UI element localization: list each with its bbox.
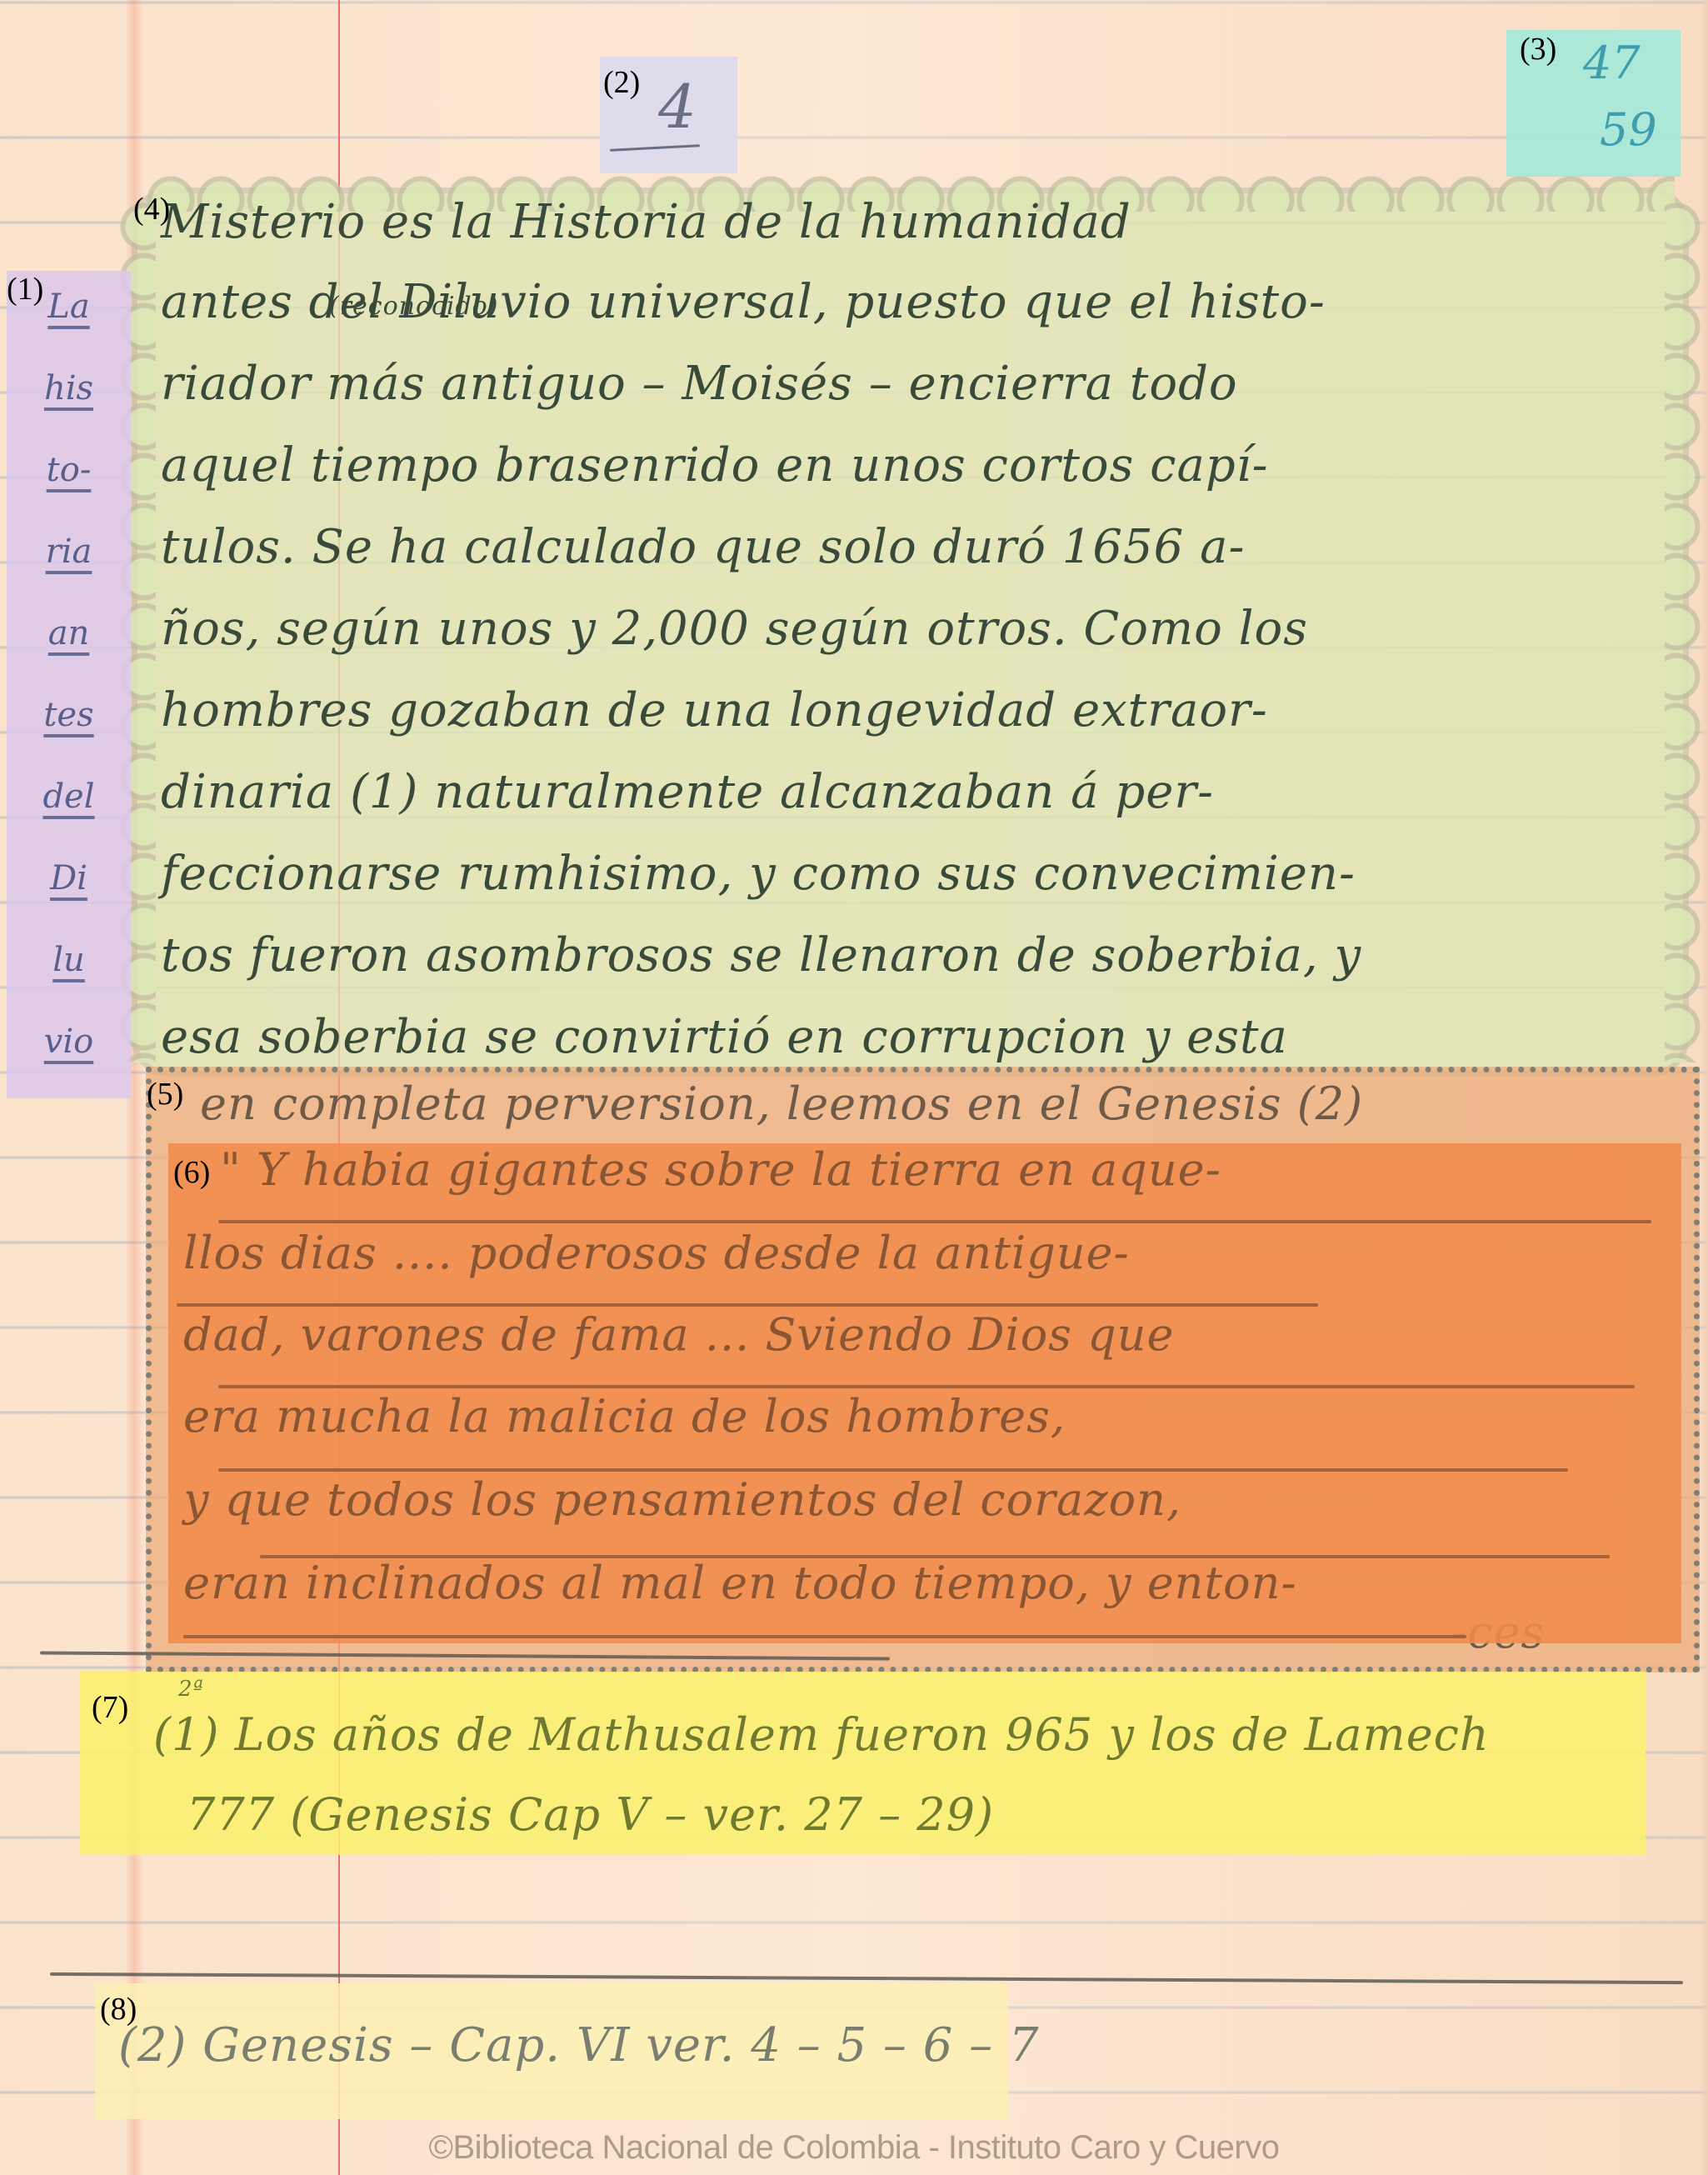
marginal-syllable: an	[7, 614, 131, 652]
quote-line: " Y habia gigantes sobre la tierra en aq…	[220, 1143, 1221, 1196]
text-line: Misterio es la Historia de la humanidad	[161, 195, 1131, 249]
region-main-text: (reconocido) Misterio es la Historia de …	[137, 193, 1683, 1071]
text-line: antes del Diluvio universal, puesto que …	[161, 275, 1326, 329]
region-label: (7)	[92, 1692, 128, 1723]
scalloped-border	[1665, 202, 1701, 1062]
footnote-line: (2) Genesis – Cap. VI ver. 4 – 5 – 6 – 7	[118, 2018, 1040, 2072]
text-line: ños, según unos y 2,000 según otros. Com…	[161, 602, 1308, 656]
underline-stroke	[177, 1303, 1318, 1307]
folio-number-bottom: 59	[1600, 103, 1657, 156]
page-number-underline	[610, 144, 700, 152]
region-label: (4)	[133, 193, 170, 225]
quote-line: y que todos los pensamientos del corazon…	[183, 1473, 1181, 1526]
quote-line: eran inclinados al mal en todo tiempo, y…	[183, 1557, 1297, 1609]
underline-stroke	[218, 1385, 1635, 1388]
marginal-syllable: tes	[7, 696, 131, 734]
region-footnote-1: (7) 2ª (1) Los años de Mathusalem fueron…	[80, 1672, 1646, 1855]
quote-line: dad, varones de fama ... Sviendo Dios qu…	[183, 1308, 1174, 1361]
text-line: aquel tiempo brasenrido en unos cortos c…	[161, 438, 1269, 492]
separator-rule	[50, 1972, 1683, 1984]
footnote-line: 777 (Genesis Cap V – ver. 27 – 29)	[187, 1788, 994, 1841]
region-quotation: (6) " Y habia gigantes sobre la tierra e…	[168, 1143, 1681, 1643]
region-label: (2)	[603, 67, 640, 98]
underline-stroke	[218, 1468, 1568, 1472]
text-line: tos fueron asombrosos se llenaron de sob…	[161, 928, 1361, 982]
marginal-syllable: to-	[7, 451, 131, 489]
marginal-syllable: vio	[7, 1022, 131, 1061]
underline-stroke	[183, 1635, 1466, 1638]
region-label: (5)	[147, 1078, 183, 1110]
text-line: feccionarse rumhisimo, y como sus convec…	[161, 847, 1356, 901]
region-label: (1)	[7, 273, 43, 305]
region-label: (3)	[1520, 33, 1556, 65]
region-footnote-2: (8) (2) Genesis – Cap. VI ver. 4 – 5 – 6…	[95, 1983, 1008, 2119]
text-line: riador más antiguo – Moisés – encierra t…	[161, 357, 1238, 411]
text-line: tulos. Se ha calculado que solo duró 165…	[161, 520, 1245, 574]
region-marginal-note: La his to- ria an tes del Di lu vio	[7, 271, 131, 1098]
copyright-watermark: ©Biblioteca Nacional de Colombia - Insti…	[0, 2129, 1708, 2167]
region-label: (8)	[100, 1993, 137, 2025]
quote-line: llos dias .... poderosos desde la antigu…	[183, 1227, 1130, 1279]
text-line: esa soberbia se convirtió en corrupcion …	[161, 1010, 1288, 1064]
marginal-syllable: del	[7, 777, 131, 816]
text-line: en completa perversion, leemos en el Gen…	[200, 1077, 1363, 1130]
marginal-syllable: ria	[7, 532, 131, 571]
region-page-number: (2) 4	[600, 57, 737, 173]
region-folio-numbers: (3) 47 59	[1506, 30, 1681, 177]
text-line: dinaria (1) naturalmente alcanzaban á pe…	[161, 765, 1214, 819]
folio-number-top: 47	[1583, 37, 1641, 89]
text-line: hombres gozaban de una longevidad extrao…	[161, 683, 1268, 737]
page-number: 4	[658, 72, 697, 142]
marginal-syllable: his	[7, 369, 131, 407]
underline-stroke	[218, 1220, 1651, 1223]
region-label: (6)	[173, 1157, 210, 1188]
marginal-syllable: lu	[7, 941, 131, 979]
marginal-syllable: Di	[7, 859, 131, 897]
quote-line: era mucha la malicia de los hombres,	[183, 1390, 1066, 1442]
footnote-line: (1) Los años de Mathusalem fueron 965 y …	[153, 1708, 1490, 1761]
footnote-superscript: 2ª	[178, 1677, 204, 1702]
